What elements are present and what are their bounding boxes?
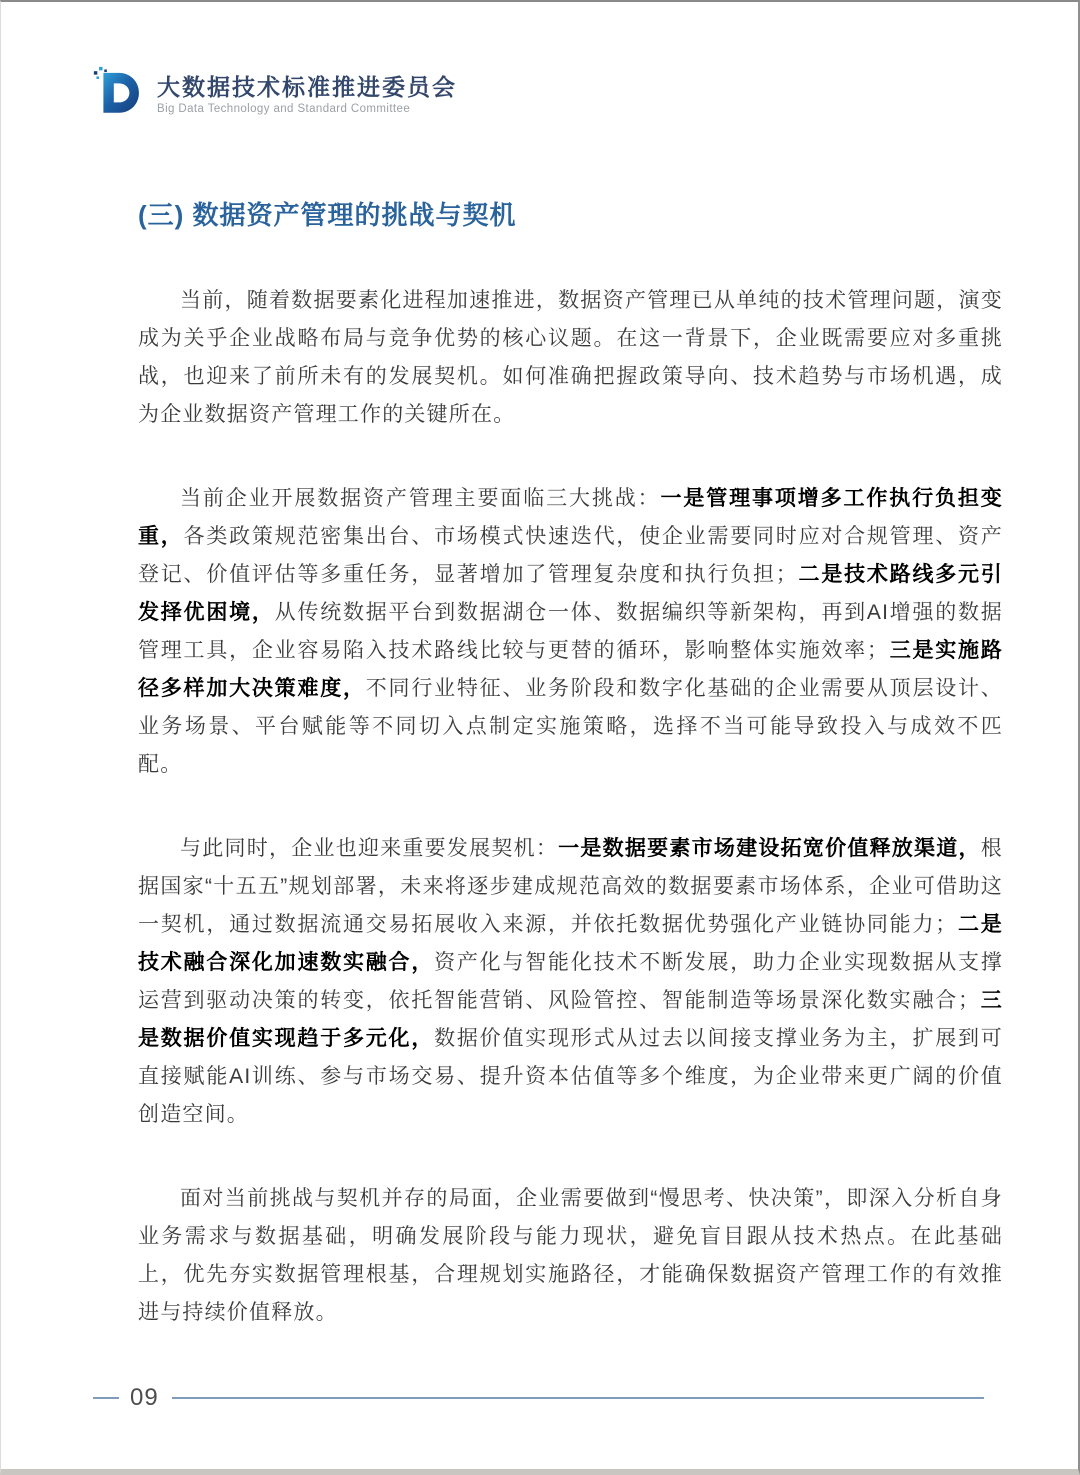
document-page: 大数据技术标准推进委员会 Big Data Technology and Sta…: [0, 0, 1080, 1475]
page-footer: 09: [93, 1384, 984, 1412]
committee-name: 大数据技术标准推进委员会: [157, 74, 457, 100]
text-segment: 当前企业开展数据资产管理主要面临三大挑战：: [180, 487, 660, 510]
paragraph: 当前，随着数据要素化进程加速推进，数据资产管理已从单纯的技术管理问题，演变成为关…: [138, 282, 1003, 434]
text-segment: 当前，随着数据要素化进程加速推进，数据资产管理已从单纯的技术管理问题，演变成为关…: [138, 289, 1003, 426]
footer-rule-short: [93, 1397, 119, 1399]
committee-logo: 大数据技术标准推进委员会 Big Data Technology and Sta…: [93, 64, 457, 125]
text-segment: 面对当前挑战与契机并存的局面，企业需要做到“慢思考、快决策”，即深入分析自身业务…: [138, 1187, 1003, 1324]
text-segment: 与此同时，企业也迎来重要发展契机：: [180, 837, 558, 860]
section-heading: (三) 数据资产管理的挑战与契机: [138, 198, 1003, 232]
paragraph: 面对当前挑战与契机并存的局面，企业需要做到“慢思考、快决策”，即深入分析自身业务…: [138, 1180, 1003, 1332]
page-number: 09: [130, 1384, 159, 1412]
committee-name-english: Big Data Technology and Standard Committ…: [157, 103, 457, 115]
committee-logo-text: 大数据技术标准推进委员会 Big Data Technology and Sta…: [157, 74, 457, 115]
document-body: (三) 数据资产管理的挑战与契机 当前，随着数据要素化进程加速推进，数据资产管理…: [138, 198, 1003, 1378]
paragraph: 当前企业开展数据资产管理主要面临三大挑战：一是管理事项增多工作执行负担变重，各类…: [138, 480, 1003, 784]
paragraph: 与此同时，企业也迎来重要发展契机：一是数据要素市场建设拓宽价值释放渠道，根据国家…: [138, 830, 1003, 1134]
footer-rule-long: [172, 1397, 984, 1399]
committee-logo-d-icon: [93, 64, 145, 125]
bold-text-segment: 一是数据要素市场建设拓宽价值释放渠道，: [558, 837, 981, 860]
paragraphs: 当前，随着数据要素化进程加速推进，数据资产管理已从单纯的技术管理问题，演变成为关…: [138, 282, 1003, 1332]
